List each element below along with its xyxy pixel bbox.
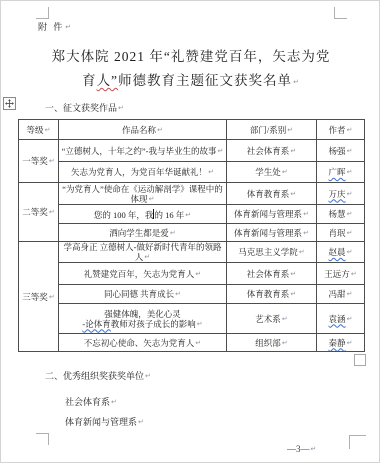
dept-cell[interactable]: 艺术系↵ — [227, 304, 317, 334]
cell-mark: ↵ — [347, 290, 353, 298]
author-cell[interactable]: 杨慧↵ — [317, 205, 365, 224]
section-heading-org-awards[interactable]: 二、优秀组织奖获奖单位↵ — [45, 369, 151, 382]
cell-mark: ↵ — [49, 293, 55, 301]
move-arrows-icon — [5, 99, 14, 108]
cell-mark: ↵ — [197, 320, 203, 328]
table-row: 不忘初心使命、矢志为党育人↵组织部↵秦静↵ — [19, 334, 365, 352]
table-row: 矢志为党育人，为党百年华诞献礼！↵学生处↵广晖↵ — [19, 162, 365, 183]
awards-table: 等级↵ 作品名称↵ 部门/系别↵ 作者↵ 一等奖↵“立德树人，十年之约”-我与毕… — [18, 119, 365, 352]
author-cell[interactable]: 肖珉↵ — [317, 224, 365, 242]
paragraph-mark: ↵ — [111, 398, 117, 406]
header-cell-dept[interactable]: 部门/系别↵ — [227, 120, 317, 140]
cell-mark: ↵ — [347, 248, 353, 256]
work-title-line: 矢志为党育人，为党百年华诞献礼！↵ — [61, 167, 224, 177]
prize-cell[interactable]: 一等奖↵ — [19, 140, 59, 183]
table-move-handle[interactable] — [3, 97, 16, 110]
cell-mark: ↵ — [287, 126, 293, 134]
dept-cell[interactable]: 体育教育系↵ — [227, 285, 317, 304]
dept-cell[interactable]: 社会体育系↵ — [227, 140, 317, 162]
cell-mark: ↵ — [347, 229, 353, 237]
cell-mark: ↵ — [185, 211, 191, 219]
paragraph-mark: ↵ — [145, 372, 151, 380]
work-title-cell[interactable]: “为党育人”使命在《运动解剖学》课程中的体现↵ — [59, 183, 227, 205]
section-heading-essay-awards[interactable]: 一、征文获奖作品↵ — [45, 101, 124, 114]
org-award-unit-2[interactable]: 体育新闻与管理系↵ — [65, 415, 144, 428]
work-title-cell[interactable]: 学高身正 立德树人-做好新时代青年的领路人↵ — [59, 242, 227, 263]
table-row: 同心同德 共育成长↵体育教育系↵冯甜↵ — [19, 285, 365, 304]
margin-crop-mark-top-left — [36, 7, 49, 19]
dept-cell[interactable]: 组织部↵ — [227, 334, 317, 352]
attachment-label[interactable]: 附 件↵ — [38, 20, 73, 33]
author-cell[interactable]: 秦静↵ — [317, 334, 365, 352]
author-cell[interactable]: 冯甜↵ — [317, 285, 365, 304]
work-title-line: 学高身正 立德树人-做好新时代青年的领路人↵ — [61, 242, 224, 262]
work-title-line: 不忘初心使命、矢志为党育人↵ — [61, 338, 224, 348]
document-title-line1[interactable]: 郑大体院 2021 年“礼赞建党百年，矢志为党 — [1, 45, 380, 65]
dept-cell[interactable]: 学生处↵ — [227, 162, 317, 183]
spellcheck-blue-squiggle: 广晖 — [329, 167, 346, 177]
dept-cell[interactable]: 体育新闻与管理系↵ — [227, 224, 317, 242]
work-title-line: 体现↵ — [61, 194, 224, 204]
table-row: 一等奖↵“立德树人，十年之约”-我与毕业生的故事↵社会体育系↵杨强↵ — [19, 140, 365, 162]
table-row: 强健体魄，美化心灵-论体育教师对孩子成长的影响↵艺术系↵袁涵↵ — [19, 304, 365, 334]
author-cell[interactable]: 袁涵↵ — [317, 304, 365, 334]
header-cell-work[interactable]: 作品名称↵ — [59, 120, 227, 140]
cell-mark: ↵ — [282, 315, 288, 323]
spellcheck-blue-squiggle: 赵晨 — [329, 247, 346, 257]
paragraph-mark: ↵ — [118, 104, 124, 112]
cell-mark: ↵ — [175, 290, 181, 298]
table-row: 二等奖↵“为党育人”使命在《运动解剖学》课程中的体现↵体育教育系↵万庆↵ — [19, 183, 365, 205]
org-award-unit-1[interactable]: 社会体育系↵ — [65, 395, 117, 408]
cell-mark: ↵ — [49, 208, 55, 216]
cell-mark: ↵ — [347, 126, 353, 134]
work-title-line: 强健体魄，美化心灵 — [61, 309, 224, 319]
cell-mark: ↵ — [45, 126, 51, 134]
prize-cell[interactable]: 三等奖↵ — [19, 242, 59, 352]
cell-mark: ↵ — [347, 315, 353, 323]
table-resize-handle[interactable] — [354, 354, 366, 366]
work-title-cell[interactable]: 矢志为党育人，为党百年华诞献礼！↵ — [59, 162, 227, 183]
cell-mark: ↵ — [290, 270, 296, 278]
work-title-cell[interactable]: “立德树人，十年之约”-我与毕业生的故事↵ — [59, 140, 227, 162]
work-title-line: 洒向学生都是爱↵ — [61, 228, 224, 238]
prize-cell[interactable]: 二等奖↵ — [19, 183, 59, 242]
paragraph-mark: ↵ — [65, 23, 73, 31]
cell-mark: ↵ — [218, 147, 224, 155]
work-title-line: 您的 100 年，我的 16 年↵ — [61, 209, 224, 220]
document-title-line2[interactable]: 育人”师德教育主题征文获奖名单↵ — [1, 69, 380, 89]
cell-mark: ↵ — [290, 290, 296, 298]
cell-mark: ↵ — [351, 270, 357, 278]
cell-mark: ↵ — [49, 157, 55, 165]
cell-mark: ↵ — [157, 126, 163, 134]
work-title-cell[interactable]: 礼赞建党百年，矢志为党育人↵ — [59, 263, 227, 285]
author-cell[interactable]: 万庆↵ — [317, 183, 365, 205]
awards-table-body: 一等奖↵“立德树人，十年之约”-我与毕业生的故事↵社会体育系↵杨强↵矢志为党育人… — [19, 140, 365, 352]
cell-mark: ↵ — [282, 168, 288, 176]
cell-mark: ↵ — [290, 147, 296, 155]
spellcheck-red-squiggle: 人” — [97, 73, 119, 88]
work-title-cell[interactable]: 洒向学生都是爱↵ — [59, 224, 227, 242]
cell-mark: ↵ — [149, 195, 155, 203]
work-title-line: 同心同德 共育成长↵ — [61, 289, 224, 299]
cell-mark: ↵ — [347, 210, 353, 218]
spellcheck-blue-squiggle: 万庆 — [329, 189, 346, 199]
spellcheck-blue-squiggle: 袁涵 — [329, 314, 346, 324]
table-row: 洒向学生都是爱↵体育新闻与管理系↵肖珉↵ — [19, 224, 365, 242]
cell-mark: ↵ — [303, 229, 309, 237]
spellcheck-blue-squiggle: -论体育 — [82, 319, 110, 329]
header-cell-prize[interactable]: 等级↵ — [19, 120, 59, 140]
author-cell[interactable]: 赵晨↵ — [317, 242, 365, 263]
paragraph-mark: ↵ — [293, 78, 300, 86]
margin-crop-mark-bottom-right — [349, 435, 366, 449]
table-row: 三等奖↵学高身正 立德树人-做好新时代青年的领路人↵马克思主义学院↵赵晨↵ — [19, 242, 365, 263]
document-page: 附 件↵ 郑大体院 2021 年“礼赞建党百年，矢志为党 育人”师德教育主题征文… — [0, 0, 380, 463]
cell-mark: ↵ — [195, 339, 201, 347]
margin-crop-mark-bottom-left — [36, 433, 49, 445]
work-title-cell[interactable]: 同心同德 共育成长↵ — [59, 285, 227, 304]
work-title-cell[interactable]: 您的 100 年，我的 16 年↵ — [59, 205, 227, 224]
dept-cell[interactable]: 社会体育系↵ — [227, 263, 317, 285]
dept-cell[interactable]: 体育教育系↵ — [227, 183, 317, 205]
cell-mark: ↵ — [303, 210, 309, 218]
cell-mark: ↵ — [347, 190, 353, 198]
author-cell[interactable]: 王远方↵ — [317, 263, 365, 285]
cell-mark: ↵ — [347, 339, 353, 347]
dept-cell[interactable]: 体育新闻与管理系↵ — [227, 205, 317, 224]
author-cell[interactable]: 广晖↵ — [317, 162, 365, 183]
work-title-line: -论体育教师对孩子成长的影响↵ — [61, 319, 224, 329]
cell-mark: ↵ — [347, 147, 353, 155]
cell-mark: ↵ — [282, 339, 288, 347]
table-row: 您的 100 年，我的 16 年↵体育新闻与管理系↵杨慧↵ — [19, 205, 365, 224]
paragraph-mark: ↵ — [138, 418, 144, 426]
cell-mark: ↵ — [195, 270, 201, 278]
cell-mark: ↵ — [290, 190, 296, 198]
cell-mark: ↵ — [170, 229, 176, 237]
author-cell[interactable]: 杨强↵ — [317, 140, 365, 162]
table-row: 礼赞建党百年，矢志为党育人↵社会体育系↵王远方↵ — [19, 263, 365, 285]
cell-mark: ↵ — [208, 168, 214, 176]
margin-crop-mark-top-right — [334, 7, 347, 19]
work-title-line: “为党育人”使命在《运动解剖学》课程中的 — [61, 184, 224, 194]
work-title-cell[interactable]: 强健体魄，美化心灵-论体育教师对孩子成长的影响↵ — [59, 304, 227, 334]
paragraph-mark: ↵ — [311, 445, 317, 453]
cell-mark: ↵ — [347, 168, 353, 176]
work-title-cell[interactable]: 不忘初心使命、矢志为党育人↵ — [59, 334, 227, 352]
cell-mark: ↵ — [144, 253, 150, 261]
dept-cell[interactable]: 马克思主义学院↵ — [227, 242, 317, 263]
cell-mark: ↵ — [299, 248, 305, 256]
work-title-line: 礼赞建党百年，矢志为党育人↵ — [61, 269, 224, 279]
table-header-row: 等级↵ 作品名称↵ 部门/系别↵ 作者↵ — [19, 120, 365, 140]
page-number: —3—↵ — [287, 444, 316, 454]
work-title-line: “立德树人，十年之约”-我与毕业生的故事↵ — [61, 146, 224, 156]
spellcheck-blue-squiggle: 秦静 — [329, 338, 346, 348]
header-cell-author[interactable]: 作者↵ — [317, 120, 365, 140]
